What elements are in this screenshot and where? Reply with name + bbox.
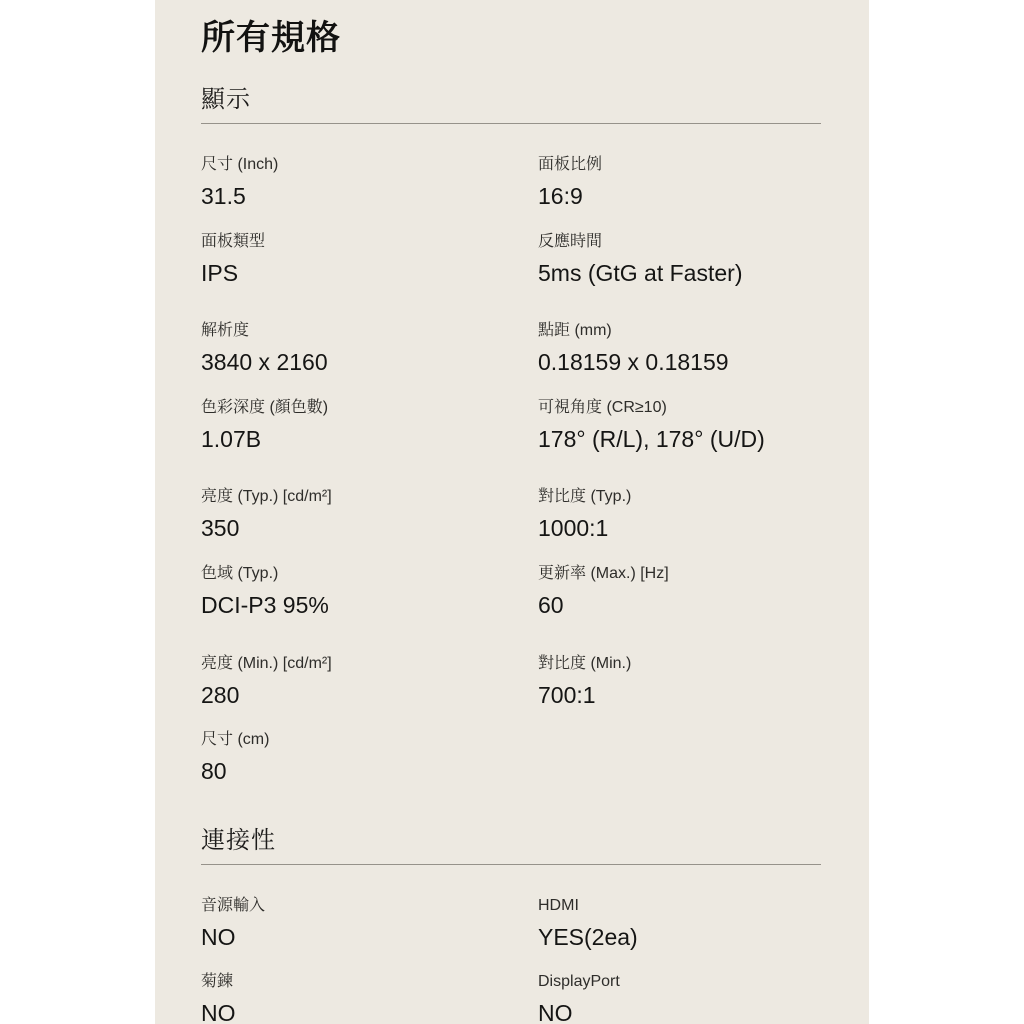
section-divider	[201, 123, 821, 124]
spec-cell: 面板比例 16:9	[538, 155, 821, 211]
spec-label: 色域 (Typ.)	[201, 564, 538, 584]
spec-row: 菊鍊 NO DisplayPort NO	[201, 972, 821, 1024]
spec-cell: 菊鍊 NO	[201, 972, 538, 1024]
spec-value: 60	[538, 592, 821, 620]
spec-value: 16:9	[538, 183, 821, 211]
section-connectivity: 連接性 音源輸入 NO HDMI YES(2ea) 菊鍊	[201, 820, 821, 1024]
spec-label: 亮度 (Typ.) [cd/m²]	[201, 487, 538, 507]
spec-label: 面板比例	[538, 155, 821, 175]
spec-value: 31.5	[201, 183, 538, 211]
spec-value: 350	[201, 515, 538, 543]
spec-cell: 音源輸入 NO	[201, 896, 538, 952]
spec-label: 對比度 (Typ.)	[538, 487, 821, 507]
spec-label: 點距 (mm)	[538, 321, 821, 341]
spec-cell: 對比度 (Min.) 700:1	[538, 654, 821, 710]
spec-row: 亮度 (Min.) [cd/m²] 280 對比度 (Min.) 700:1	[201, 654, 821, 710]
spec-value: 80	[201, 758, 538, 786]
spec-row: 音源輸入 NO HDMI YES(2ea)	[201, 896, 821, 952]
spec-value: 0.18159 x 0.18159	[538, 349, 821, 377]
page-canvas: 所有規格 顯示 尺寸 (Inch) 31.5 面板比例 16:9	[0, 0, 1024, 1024]
spec-label: HDMI	[538, 896, 821, 916]
spec-row: 尺寸 (cm) 80	[201, 730, 821, 786]
spec-cell: 反應時間 5ms (GtG at Faster)	[538, 232, 821, 288]
spec-cell: HDMI YES(2ea)	[538, 896, 821, 952]
spec-value: YES(2ea)	[538, 924, 821, 952]
spec-label: 解析度	[201, 321, 538, 341]
spec-row: 色彩深度 (顏色數) 1.07B 可視角度 (CR≥10) 178° (R/L)…	[201, 398, 821, 454]
spec-value: IPS	[201, 260, 538, 288]
spec-cell: 可視角度 (CR≥10) 178° (R/L), 178° (U/D)	[538, 398, 821, 454]
spec-label: 面板類型	[201, 232, 538, 252]
spec-cell: 面板類型 IPS	[201, 232, 538, 288]
spec-cell: DisplayPort NO	[538, 972, 821, 1024]
spec-cell: 對比度 (Typ.) 1000:1	[538, 487, 821, 543]
section-display: 顯示 尺寸 (Inch) 31.5 面板比例 16:9 面板類型	[201, 79, 821, 786]
spec-label: 更新率 (Max.) [Hz]	[538, 564, 821, 584]
spec-cell: 色域 (Typ.) DCI-P3 95%	[201, 564, 538, 620]
spec-label: DisplayPort	[538, 972, 821, 992]
spec-row: 尺寸 (Inch) 31.5 面板比例 16:9	[201, 155, 821, 211]
spec-row: 色域 (Typ.) DCI-P3 95% 更新率 (Max.) [Hz] 60	[201, 564, 821, 620]
spec-cell: 亮度 (Typ.) [cd/m²] 350	[201, 487, 538, 543]
spec-cell: 尺寸 (cm) 80	[201, 730, 538, 786]
spec-label: 音源輸入	[201, 896, 538, 916]
spec-panel: 所有規格 顯示 尺寸 (Inch) 31.5 面板比例 16:9	[155, 0, 869, 1024]
section-heading: 顯示	[201, 79, 821, 114]
spec-cell: 點距 (mm) 0.18159 x 0.18159	[538, 321, 821, 377]
spec-value: NO	[201, 1000, 538, 1024]
spec-row: 亮度 (Typ.) [cd/m²] 350 對比度 (Typ.) 1000:1	[201, 487, 821, 543]
section-heading: 連接性	[201, 820, 821, 855]
spec-rows: 音源輸入 NO HDMI YES(2ea) 菊鍊 NO DisplayPort	[201, 896, 821, 1024]
spec-label: 亮度 (Min.) [cd/m²]	[201, 654, 538, 674]
spec-rows: 尺寸 (Inch) 31.5 面板比例 16:9 面板類型 IPS 反應時間	[201, 155, 821, 786]
spec-value: 5ms (GtG at Faster)	[538, 260, 821, 288]
spec-value: 178° (R/L), 178° (U/D)	[538, 426, 821, 454]
spec-label: 反應時間	[538, 232, 821, 252]
page-title: 所有規格	[201, 10, 821, 59]
spec-value: NO	[538, 1000, 821, 1024]
spec-value: NO	[201, 924, 538, 952]
spec-value: 280	[201, 682, 538, 710]
spec-value: 1.07B	[201, 426, 538, 454]
spec-cell: 亮度 (Min.) [cd/m²] 280	[201, 654, 538, 710]
spec-value: 3840 x 2160	[201, 349, 538, 377]
spec-cell: 色彩深度 (顏色數) 1.07B	[201, 398, 538, 454]
spec-label: 菊鍊	[201, 972, 538, 992]
spec-cell	[538, 730, 821, 738]
section-divider	[201, 864, 821, 865]
spec-label: 尺寸 (cm)	[201, 730, 538, 750]
spec-row: 解析度 3840 x 2160 點距 (mm) 0.18159 x 0.1815…	[201, 321, 821, 377]
spec-value: DCI-P3 95%	[201, 592, 538, 620]
spec-label: 尺寸 (Inch)	[201, 155, 538, 175]
spec-cell: 更新率 (Max.) [Hz] 60	[538, 564, 821, 620]
spec-cell: 尺寸 (Inch) 31.5	[201, 155, 538, 211]
spec-label: 對比度 (Min.)	[538, 654, 821, 674]
spec-label: 可視角度 (CR≥10)	[538, 398, 821, 418]
spec-value: 700:1	[538, 682, 821, 710]
spec-row: 面板類型 IPS 反應時間 5ms (GtG at Faster)	[201, 232, 821, 288]
spec-label: 色彩深度 (顏色數)	[201, 398, 538, 418]
spec-value: 1000:1	[538, 515, 821, 543]
spec-cell: 解析度 3840 x 2160	[201, 321, 538, 377]
